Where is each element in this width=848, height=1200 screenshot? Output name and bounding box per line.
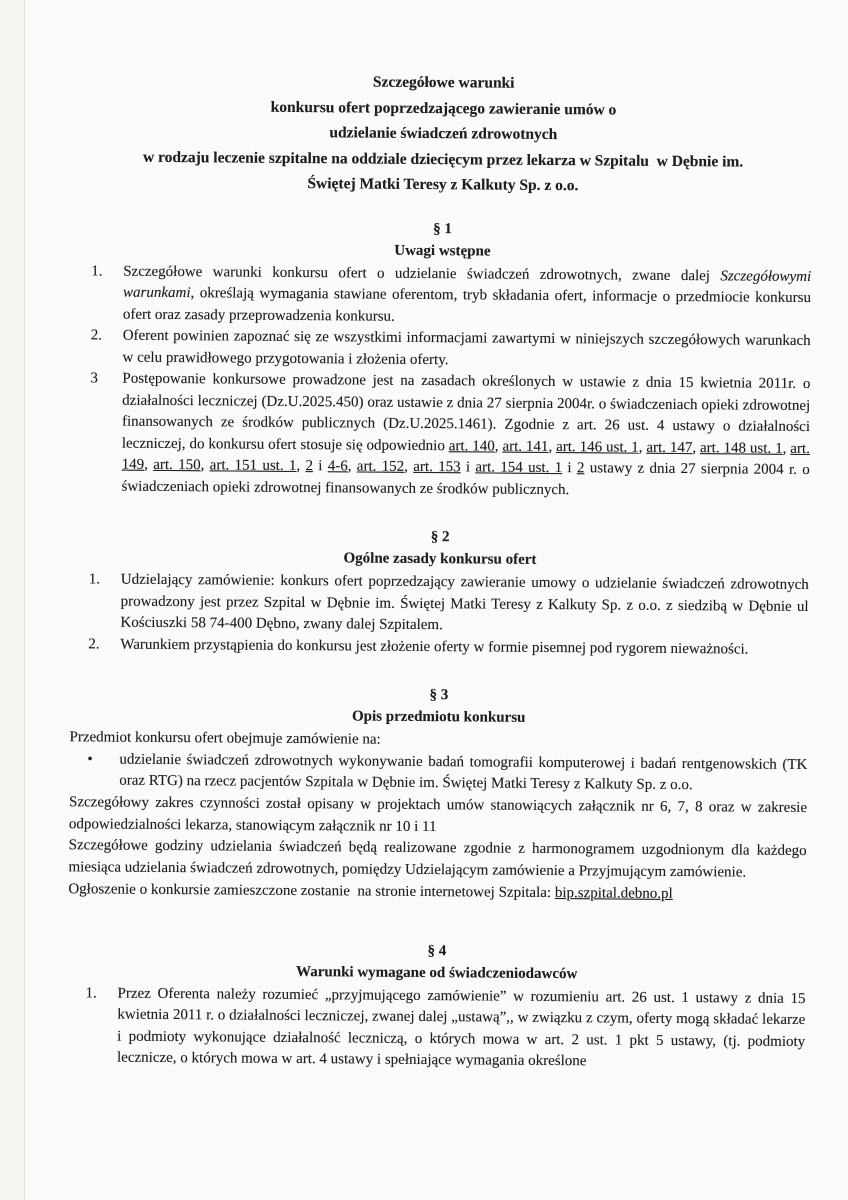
underlined-reference-text: art. 140 — [449, 438, 495, 454]
item-text: udzielanie świadczeń zdrowotnych wykonyw… — [119, 749, 807, 797]
underlined-reference-text: art. 152 — [357, 458, 404, 474]
item-number: 1. — [67, 983, 118, 1069]
text-run: Warunkiem przystąpienia do konkursu jest… — [120, 636, 748, 657]
section-3-heading: Opis przedmiotu konkursu — [70, 703, 808, 731]
underlined-reference-text: bip.szpital.debno.pl — [555, 885, 673, 902]
section-1-item-1: 1. Szczegółowe warunki konkursu ofert o … — [73, 261, 811, 331]
item-text: Warunkiem przystąpienia do konkursu jest… — [120, 634, 808, 661]
document-content: Szczegółowe warunki konkursu ofert poprz… — [0, 0, 848, 1075]
text-run: Szczegółowe warunki konkursu ofert o udz… — [123, 263, 720, 284]
section-2-heading: Ogólne zasady konkursu ofert — [71, 545, 809, 573]
item-number: 1. — [73, 261, 124, 326]
text-run: Szczegółowy zakres czynności został opis… — [69, 794, 807, 835]
item-text: Udzielający zamówienie: konkurs ofert po… — [120, 570, 808, 640]
section-4-item-1: 1. Przez Oferenta należy rozumieć „przyj… — [67, 983, 806, 1075]
text-run: , — [404, 459, 413, 475]
underlined-reference-text: art. 147 — [646, 439, 692, 455]
item-number: 1. — [70, 569, 121, 634]
bullet-marker: • — [69, 749, 119, 792]
item-number: 2. — [72, 325, 122, 368]
underlined-reference-text: art. 146 ust. 1 — [556, 439, 639, 456]
section-4: § 4 Warunki wymagane od świadczeniodawcó… — [67, 937, 806, 1075]
document-title: Szczegółowe warunki konkursu ofert poprz… — [74, 67, 813, 200]
item-text: Szczegółowe warunki konkursu ofert o udz… — [123, 261, 811, 331]
section-3-bullet-item: • udzielanie świadczeń zdrowotnych wykon… — [69, 749, 807, 798]
underlined-reference-text: art. 148 ust. 1 — [700, 440, 783, 457]
item-text: Przez Oferenta należy rozumieć „przyjmuj… — [117, 983, 806, 1074]
section-1-item-2: 2. Oferent powinien zapoznać się ze wszy… — [72, 325, 810, 374]
underlined-reference-text: art. 151 ust. 1 — [210, 457, 297, 474]
section-4-heading: Warunki wymagane od świadczeniodawców — [68, 959, 806, 987]
text-run: Szczegółowe godziny udzielania świadczeń… — [68, 838, 806, 881]
item-number: 2. — [70, 634, 120, 656]
section-1-heading: Uwagi wstępne — [73, 237, 811, 265]
section-3-paragraph-2: Szczegółowe godziny udzielania świadczeń… — [68, 836, 806, 885]
underlined-reference-text: art. 153 — [413, 459, 460, 475]
text-run: udzielanie świadczeń zdrowotnych wykonyw… — [119, 751, 807, 793]
section-3-paragraph-1: Szczegółowy zakres czynności został opis… — [69, 792, 807, 841]
text-run: Udzielający zamówienie: konkurs ofert po… — [120, 572, 808, 634]
text-run: , — [639, 439, 647, 455]
section-2: § 2 Ogólne zasady konkursu ofert 1. Udzi… — [70, 523, 809, 661]
item-text: Oferent powinien zapoznać się ze wszystk… — [122, 326, 810, 374]
text-run: Przez Oferenta należy rozumieć „przyjmuj… — [117, 985, 806, 1069]
text-run: , — [201, 457, 210, 473]
item-text: Postępowanie konkursowe prowadzone jest … — [121, 369, 810, 503]
underlined-reference-text: art. 150 — [153, 457, 200, 473]
underlined-reference-text: art. 141 — [502, 438, 548, 454]
section-1-item-3: 3 Postępowanie konkursowe prowadzone jes… — [71, 368, 810, 503]
underlined-reference-text: art. 154 ust. 1 — [475, 459, 562, 476]
text-run: Oferent powinien zapoznać się ze wszystk… — [122, 328, 810, 368]
text-run: i — [313, 458, 328, 474]
text-run: , — [296, 458, 305, 474]
section-3: § 3 Opis przedmiotu konkursu Przedmiot k… — [68, 681, 808, 907]
text-run: i — [562, 460, 577, 476]
underlined-reference-text: 4-6 — [328, 458, 348, 474]
text-run: , określają wymagania stawiane oferentom… — [123, 285, 811, 324]
text-run: Ogłoszenie o konkursie zamieszczone zost… — [68, 881, 555, 901]
text-run: , — [495, 438, 503, 454]
scanned-document-page: Szczegółowe warunki konkursu ofert poprz… — [0, 0, 848, 1200]
text-run: i — [461, 459, 476, 475]
section-2-item-1: 1. Udzielający zamówienie: konkurs ofert… — [70, 569, 808, 639]
section-2-item-2: 2. Warunkiem przystąpienia do konkursu j… — [70, 634, 808, 661]
text-run: , — [144, 457, 153, 473]
text-run: , — [348, 458, 357, 474]
section-1: § 1 Uwagi wstępne 1. Szczegółowe warunki… — [71, 215, 811, 503]
underlined-reference-text: 2 — [577, 460, 585, 476]
item-number: 3 — [71, 368, 122, 497]
